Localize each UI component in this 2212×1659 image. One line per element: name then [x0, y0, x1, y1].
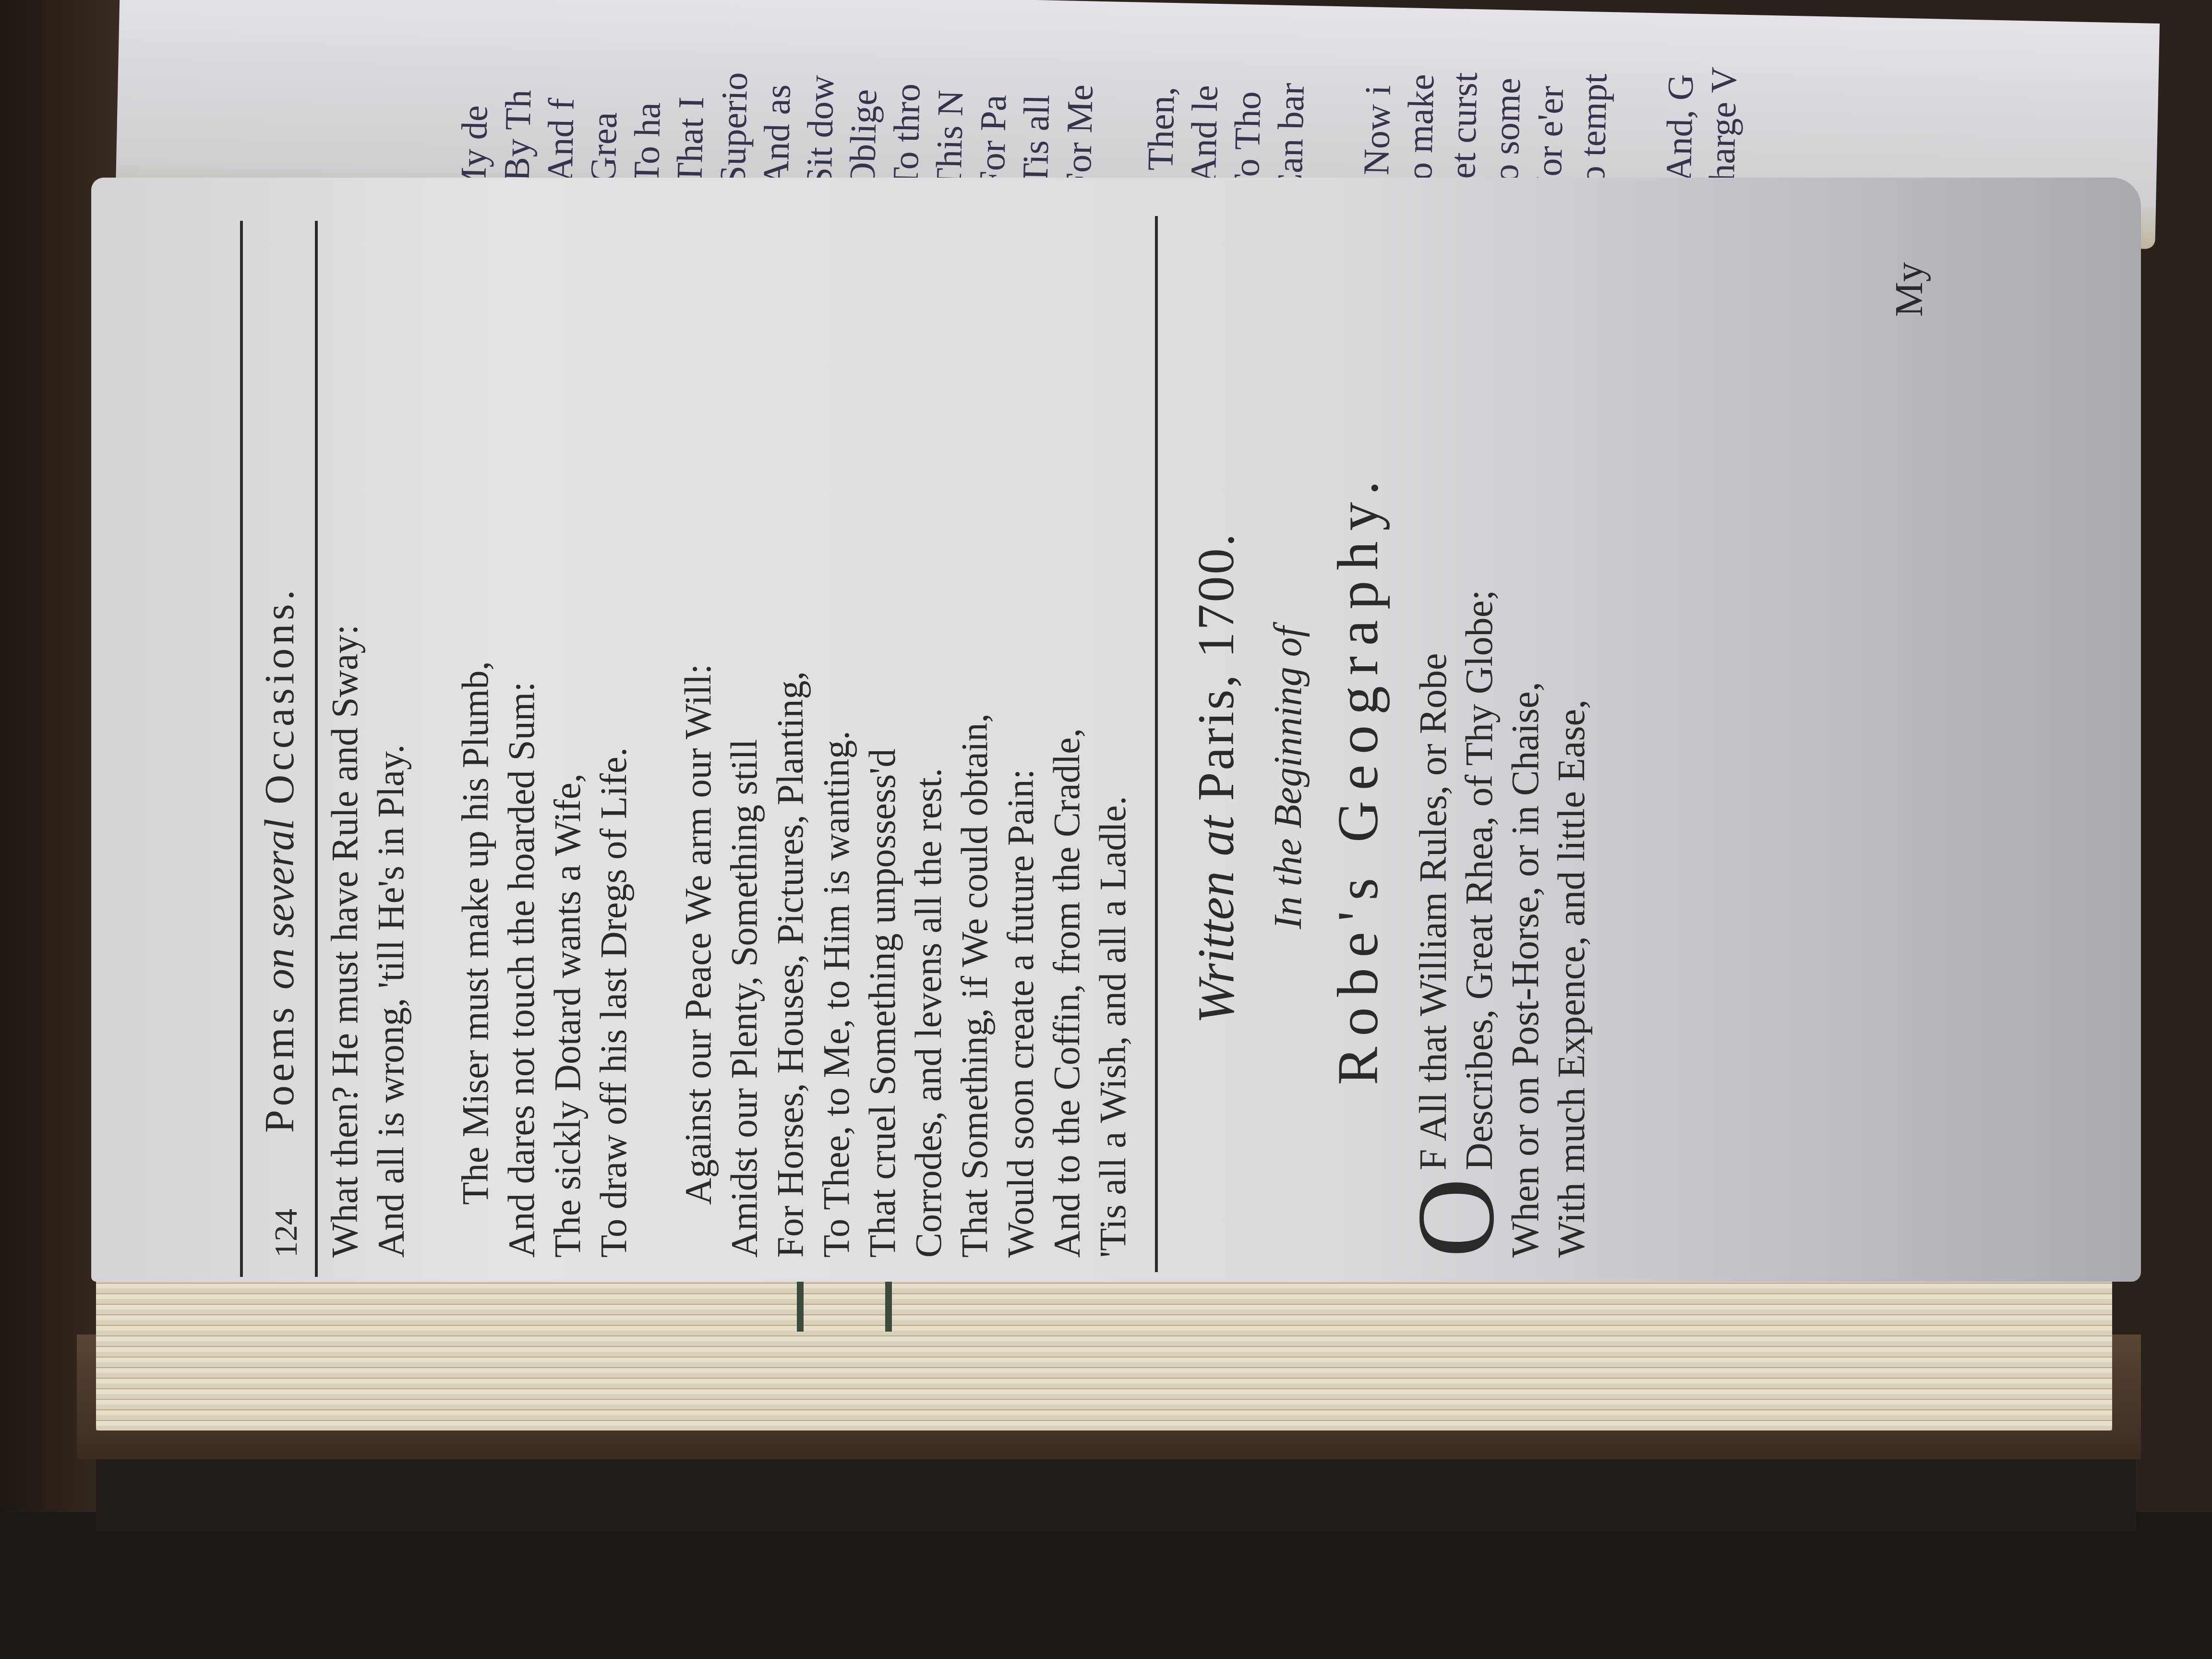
drop-cap: O: [1410, 1178, 1502, 1258]
poem-line: And all is wrong, 'till He's in Play.: [368, 202, 414, 1258]
running-head: 124 Poems on several Occasions.: [240, 221, 318, 1277]
facing-line: Grea: [581, 112, 626, 184]
poem-line: Would soon create a future Pain:: [998, 202, 1044, 1258]
poem-line: F All that William Rules, or Robe: [1410, 202, 1456, 1258]
page-fore-edge: [96, 1267, 2112, 1431]
new-poem: O F All that William Rules, or Robe Desc…: [1410, 202, 1595, 1258]
poem-line: To draw off his last Dregs of Life.: [590, 202, 637, 1258]
poem-line: And dares not touch the hoarded Sum:: [498, 202, 544, 1258]
poem-line: That cruel Something unpossess'd: [859, 202, 905, 1258]
facing-line: This N: [927, 89, 972, 191]
facing-line: To ha: [625, 102, 670, 184]
facing-line: Sit dow: [797, 74, 843, 188]
page-text-block: 124 Poems on several Occasions. What the…: [206, 182, 2031, 1277]
poem-line: Amidst our Plenty, Something still: [721, 202, 767, 1258]
poem-line: To Thee, to Me, to Him is wanting.: [813, 202, 859, 1258]
poem-title: Robe's Geography.: [1325, 202, 1391, 1354]
poem-line: And to the Coffin, from the Cradle,: [1044, 202, 1090, 1258]
catchword: My: [1887, 262, 1932, 317]
poem-line: With much Expence, and little Ease,: [1549, 202, 1595, 1258]
facing-line: Now i: [1355, 84, 1400, 176]
poem-line: Corrodes, and levens all the rest.: [905, 202, 951, 1258]
facing-line: To thro: [884, 83, 929, 190]
poem-line: What then? He must have Rule and Sway:: [322, 202, 368, 1258]
head-on-several: on several: [256, 818, 302, 989]
head-poems: Poems: [256, 1004, 302, 1133]
poem-line: The Miser must make up his Plumb,: [452, 202, 498, 1258]
heading-at: at: [1188, 816, 1245, 856]
poem-line: That Something, if We could obtain,: [951, 202, 998, 1258]
heading-written: Written: [1188, 871, 1245, 1024]
facing-line: That I: [668, 96, 713, 185]
subheading: In the Beginning of: [1265, 202, 1310, 1354]
page-number: 124: [267, 1209, 305, 1258]
facing-line: By Th: [495, 89, 540, 182]
poem-line: When or on Post-Horse, or in Chaise,: [1503, 202, 1549, 1258]
book-board: [96, 1450, 2136, 1531]
poem-body: What then? He must have Rule and Sway: A…: [322, 202, 1595, 1258]
head-occasions: Occasions.: [256, 586, 302, 805]
poem-line: Against our Peace We arm our Will:: [675, 202, 721, 1258]
facing-line: And f: [538, 97, 583, 182]
poem-line: For Horses, Houses, Pictures, Planting,: [767, 202, 813, 1258]
section-divider: [1155, 216, 1158, 1272]
poem-line: 'Tis all a Wish, and all a Ladle.: [1090, 202, 1136, 1258]
facing-line: Then,: [1139, 86, 1184, 171]
facing-line: And, G: [1657, 73, 1703, 182]
heading-place: Paris,: [1188, 673, 1245, 801]
heading-year: 1700.: [1188, 532, 1245, 658]
facing-line: For Pa: [970, 95, 1015, 192]
facing-line: And as: [754, 84, 799, 187]
running-head-title: Poems on several Occasions.: [255, 586, 303, 1133]
facing-line: Oblige: [841, 89, 886, 189]
facing-line: Superio: [711, 72, 757, 186]
poem-line: Describes, Great Rhea, of Thy Globe;: [1456, 202, 1503, 1258]
dark-background-bottom: [0, 1512, 2212, 1659]
facing-line: For Me: [1057, 84, 1102, 193]
section-heading: Written at Paris, 1700.: [1187, 202, 1246, 1354]
poem-line: The sickly Dotard wants a Wife,: [544, 202, 590, 1258]
